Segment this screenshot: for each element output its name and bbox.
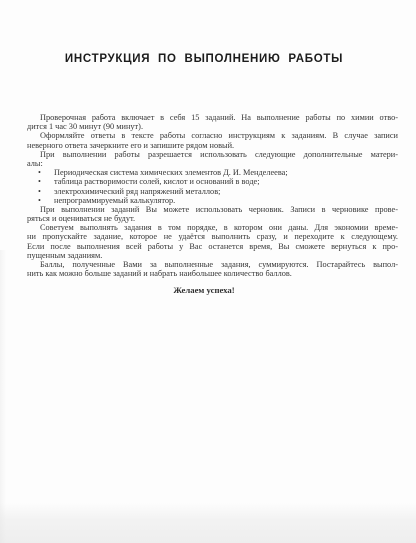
text-line: Баллы, полученные Вами за выполненные за… bbox=[27, 260, 398, 269]
bullet-icon: • bbox=[38, 187, 41, 196]
list-item-text: электрохимический ряд напряжений металло… bbox=[54, 187, 220, 196]
text-line: Советуем выполнять задания в том порядке… bbox=[27, 223, 398, 232]
closing-wish: Желаем успеха! bbox=[0, 285, 408, 295]
bullet-icon: • bbox=[38, 177, 41, 186]
paragraph-formatting: Оформляйте ответы в тексте работы соглас… bbox=[27, 131, 398, 149]
list-item: • Периодическая система химических элеме… bbox=[27, 168, 398, 177]
bullet-icon: • bbox=[38, 168, 41, 177]
materials-list: • Периодическая система химических элеме… bbox=[27, 168, 398, 205]
list-item-text: таблица растворимости солей, кислот и ос… bbox=[54, 177, 260, 186]
list-item-text: непрограммируемый калькулятор. bbox=[54, 196, 175, 205]
text-line: нить как можно больше заданий и набрать … bbox=[27, 269, 398, 278]
paragraph-scoring: Баллы, полученные Вами за выполненные за… bbox=[27, 260, 398, 278]
scan-shadow bbox=[0, 503, 416, 543]
text-line: Оформляйте ответы в тексте работы соглас… bbox=[27, 131, 398, 140]
paragraph-intro: Проверочная работа включает в себя 15 за… bbox=[27, 113, 398, 131]
text-line: ряться и оцениваться не будут. bbox=[27, 214, 398, 223]
instruction-text: Проверочная работа включает в себя 15 за… bbox=[27, 113, 398, 278]
list-item: • электрохимический ряд напряжений метал… bbox=[27, 187, 398, 196]
list-item: • непрограммируемый калькулятор. bbox=[27, 196, 398, 205]
paragraph-materials-intro: При выполнении работы разрешается исполь… bbox=[27, 150, 398, 168]
text-line: При выполнении работы разрешается исполь… bbox=[27, 150, 398, 159]
paragraph-advice: Советуем выполнять задания в том порядке… bbox=[27, 223, 398, 260]
text-line: При выполнении заданий Вы можете использ… bbox=[27, 205, 398, 214]
paragraph-draft-note: При выполнении заданий Вы можете использ… bbox=[27, 205, 398, 223]
text-line: дится 1 час 30 минут (90 минут). bbox=[27, 122, 398, 131]
text-line: ни пропускайте задание, которое не удаёт… bbox=[27, 232, 398, 241]
list-item: • таблица растворимости солей, кислот и … bbox=[27, 177, 398, 186]
text-line: неверного ответа зачеркните его и запиши… bbox=[27, 141, 398, 150]
text-line: алы: bbox=[27, 159, 398, 168]
list-item-text: Периодическая система химических элемент… bbox=[54, 168, 288, 177]
text-line: Проверочная работа включает в себя 15 за… bbox=[27, 113, 398, 122]
bullet-icon: • bbox=[38, 196, 41, 205]
document-page: ИНСТРУКЦИЯ ПО ВЫПОЛНЕНИЮ РАБОТЫ Провероч… bbox=[0, 0, 416, 543]
text-line: Если после выполнения всей работы у Вас … bbox=[27, 242, 398, 251]
page-title: ИНСТРУКЦИЯ ПО ВЫПОЛНЕНИЮ РАБОТЫ bbox=[0, 53, 408, 65]
text-line: пущенным заданиям. bbox=[27, 251, 398, 260]
